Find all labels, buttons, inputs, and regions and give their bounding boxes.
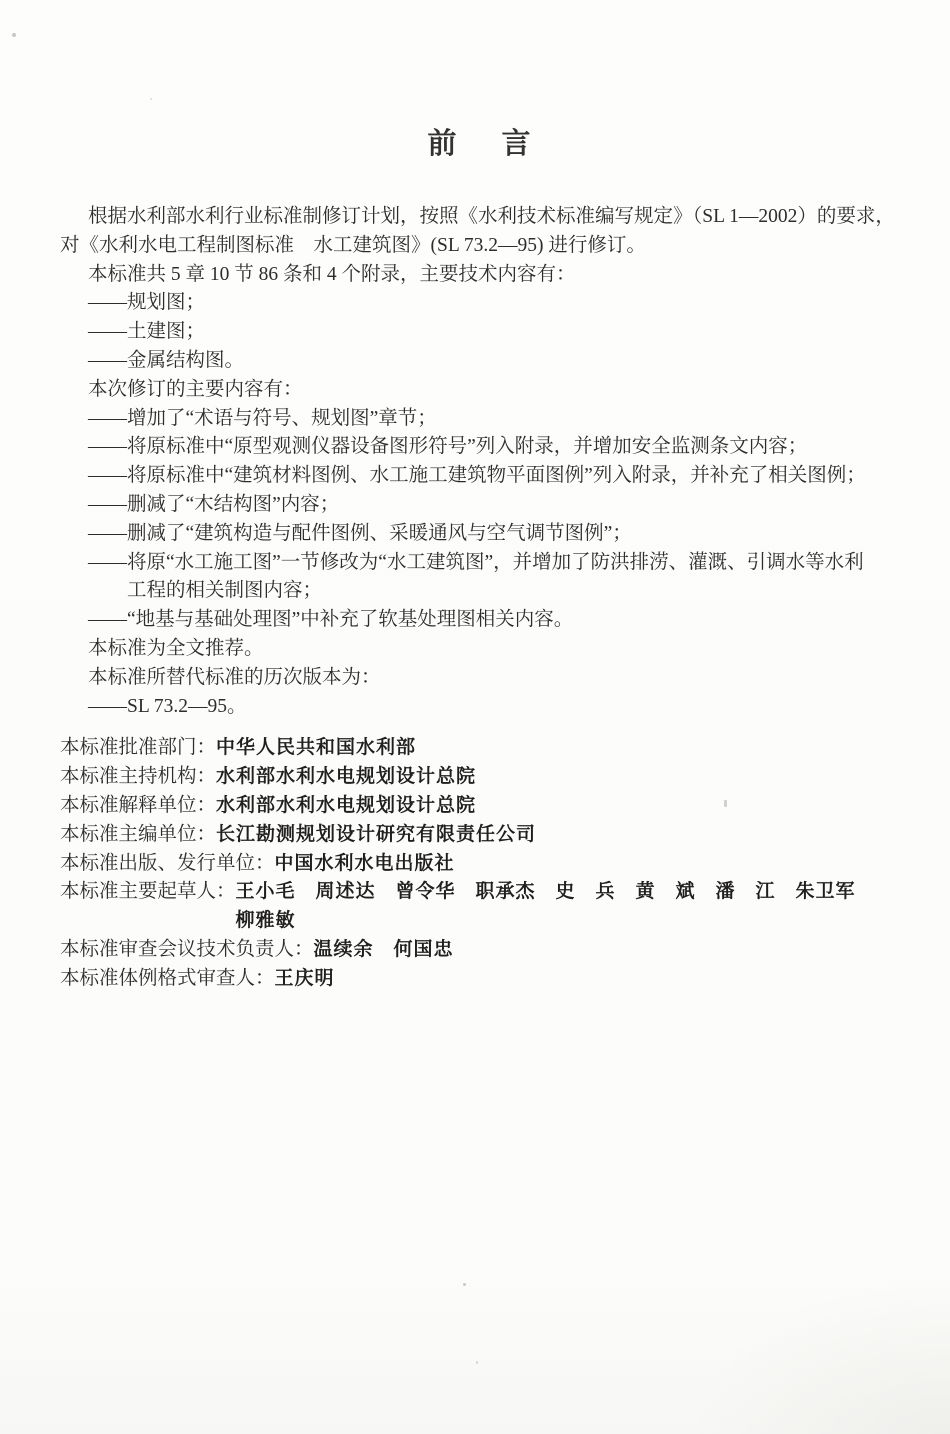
scan-artifact [476, 1361, 478, 1364]
body-line: 本次修订的主要内容有： [60, 376, 906, 405]
credit-row: 本标准主要起草人：王小毛 周述达 曾令华 职承杰 史 兵 黄 斌 潘 江 朱卫军… [60, 878, 906, 936]
credit-label: 本标准审查会议技术负责人： [60, 936, 314, 965]
body-line: 工程的相关制图内容； [60, 577, 906, 606]
credit-label: 本标准主要起草人： [60, 878, 236, 907]
credits: 本标准批准部门：中华人民共和国水利部本标准主持机构：水利部水利水电规划设计总院本… [60, 734, 906, 993]
body-lines: 根据水利部水利行业标准制修订计划，按照《水利技术标准编写规定》（SL 1—200… [60, 203, 906, 721]
scan-artifact [150, 98, 152, 100]
body-line: ——将原标准中“原型观测仪器设备图形符号”列入附录，并增加安全监测条文内容； [60, 433, 906, 462]
body-line: 本标准所替代标准的历次版本为： [60, 664, 906, 693]
scan-artifact [12, 33, 16, 37]
credit-value-line: 王小毛 周述达 曾令华 职承杰 史 兵 黄 斌 潘 江 朱卫军 [236, 878, 856, 907]
credit-row: 本标准批准部门：中华人民共和国水利部 [60, 734, 906, 763]
credit-row: 本标准主编单位：长江勘测规划设计研究有限责任公司 [60, 821, 906, 850]
scan-artifact [463, 1283, 466, 1286]
credit-row: 本标准解释单位：水利部水利水电规划设计总院 [60, 792, 906, 821]
credit-row: 本标准主持机构：水利部水利水电规划设计总院 [60, 763, 906, 792]
body-line: 根据水利部水利行业标准制修订计划，按照《水利技术标准编写规定》（SL 1—200… [60, 203, 906, 232]
credit-label: 本标准主持机构： [60, 763, 216, 792]
credit-row: 本标准出版、发行单位：中国水利水电出版社 [60, 850, 906, 879]
body-line: 本标准共 5 章 10 节 86 条和 4 个附录，主要技术内容有： [60, 261, 906, 290]
credit-value: 长江勘测规划设计研究有限责任公司 [216, 821, 536, 850]
credit-value: 水利部水利水电规划设计总院 [216, 763, 476, 792]
body-line: ——SL 73.2—95。 [60, 693, 906, 722]
credit-value: 水利部水利水电规划设计总院 [216, 792, 476, 821]
page-title: 前 言 [60, 126, 906, 162]
credit-value-line: 王庆明 [275, 965, 335, 994]
credit-value: 王小毛 周述达 曾令华 职承杰 史 兵 黄 斌 潘 江 朱卫军柳雅敏 [236, 878, 856, 936]
credit-label: 本标准主编单位： [60, 821, 216, 850]
body-line: ——“地基与基础处理图”中补充了软基处理图相关内容。 [60, 606, 906, 635]
body-line: ——增加了“术语与符号、规划图”章节； [60, 405, 906, 434]
credit-label: 本标准批准部门： [60, 734, 216, 763]
credit-value-line: 水利部水利水电规划设计总院 [216, 792, 476, 821]
credit-label: 本标准体例格式审查人： [60, 965, 275, 994]
document-page: 前 言 根据水利部水利行业标准制修订计划，按照《水利技术标准编写规定》（SL 1… [60, 126, 906, 994]
credit-value-line: 中华人民共和国水利部 [216, 734, 416, 763]
credit-value-line: 长江勘测规划设计研究有限责任公司 [216, 821, 536, 850]
body-line: ——规划图； [60, 289, 906, 318]
body-line: 对《水利水电工程制图标准 水工建筑图》(SL 73.2—95) 进行修订。 [60, 232, 906, 261]
credit-value-line: 中国水利水电出版社 [275, 850, 455, 879]
body-line: ——土建图； [60, 318, 906, 347]
body-line: 本标准为全文推荐。 [60, 635, 906, 664]
body-line: ——将原“水工施工图”一节修改为“水工建筑图”，并增加了防洪排涝、灌溉、引调水等… [60, 549, 906, 578]
credit-value: 王庆明 [275, 965, 335, 994]
credit-value-line: 水利部水利水电规划设计总院 [216, 763, 476, 792]
credit-row: 本标准审查会议技术负责人：温续余 何国忠 [60, 936, 906, 965]
body-line: ——将原标准中“建筑材料图例、水工施工建筑物平面图例”列入附录，并补充了相关图例… [60, 462, 906, 491]
credit-row: 本标准体例格式审查人：王庆明 [60, 965, 906, 994]
credit-value: 温续余 何国忠 [314, 936, 454, 965]
credit-value-line: 柳雅敏 [236, 907, 856, 936]
body-line: ——金属结构图。 [60, 347, 906, 376]
scan-shadow [690, 1274, 950, 1434]
credit-label: 本标准出版、发行单位： [60, 850, 275, 879]
body-line: ——删减了“建筑构造与配件图例、采暖通风与空气调节图例”； [60, 520, 906, 549]
body-line: ——删减了“木结构图”内容； [60, 491, 906, 520]
credit-value-line: 温续余 何国忠 [314, 936, 454, 965]
credit-value: 中华人民共和国水利部 [216, 734, 416, 763]
credit-label: 本标准解释单位： [60, 792, 216, 821]
credit-value: 中国水利水电出版社 [275, 850, 455, 879]
